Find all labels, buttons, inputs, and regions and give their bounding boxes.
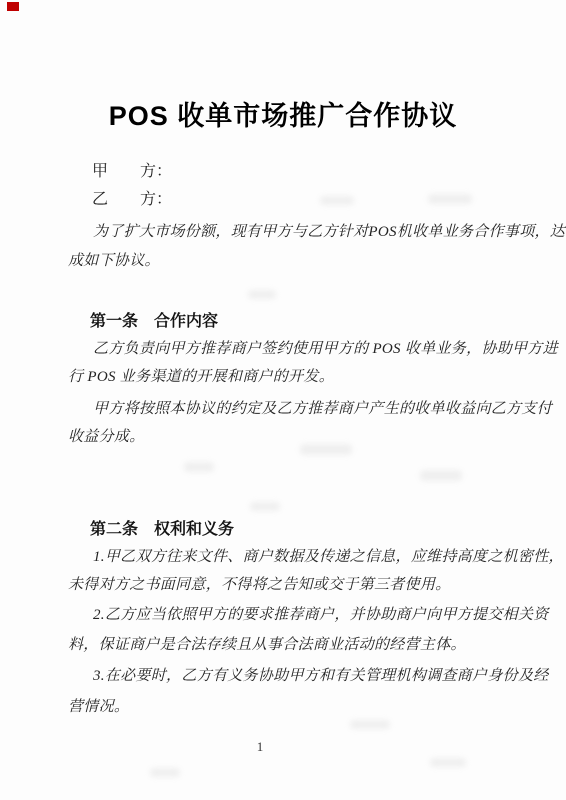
document-title: POS 收单市场推广合作协议 bbox=[0, 102, 566, 132]
page-number: 1 bbox=[250, 740, 270, 754]
scan-smudge bbox=[428, 194, 472, 204]
scan-smudge bbox=[430, 758, 466, 767]
scan-smudge bbox=[350, 720, 390, 729]
party-b-label: 乙 方： bbox=[92, 191, 172, 209]
article-2-item-3-line-2: 营情况。 bbox=[68, 699, 129, 716]
scan-smudge bbox=[250, 502, 280, 511]
article-2-item-2-line-2: 料，保证商户是合法存续且从事合法商业活动的经营主体。 bbox=[68, 637, 466, 654]
intro-paragraph-line-1: 为了扩大市场份额，现有甲方与乙方针对POS机收单业务合作事项，达 bbox=[93, 224, 565, 241]
article-1-heading: 第一条 合作内容 bbox=[90, 313, 218, 331]
scan-smudge bbox=[320, 196, 354, 205]
article-2-item-1-line-1: 1.甲乙双方往来文件、商户数据及传递之信息，应维持高度之机密性， bbox=[93, 549, 564, 566]
scan-smudge bbox=[184, 462, 214, 472]
article-2-item-1-line-2: 未得对方之书面同意，不得将之告知或交于第三者使用。 bbox=[68, 577, 451, 594]
document-page: POS 收单市场推广合作协议 甲 方： 乙 方： 为了扩大市场份额，现有甲方与乙… bbox=[0, 0, 566, 800]
article-2-heading: 第二条 权利和义务 bbox=[90, 521, 234, 539]
scan-smudge bbox=[420, 470, 462, 481]
article-1-para-1-line-2: 行 POS 业务渠道的开展和商户的开发。 bbox=[68, 369, 334, 386]
article-2-item-2-line-1: 2.乙方应当依照甲方的要求推荐商户，并协助商户向甲方提交相关资 bbox=[93, 607, 549, 624]
party-a-label: 甲 方： bbox=[92, 163, 172, 181]
article-2-item-3-line-1: 3.在必要时，乙方有义务协助甲方和有关管理机构调查商户身份及经 bbox=[93, 668, 549, 685]
scan-smudge bbox=[150, 768, 180, 777]
scan-smudge bbox=[300, 444, 352, 455]
article-1-para-2-line-1: 甲方将按照本协议的约定及乙方推荐商户产生的收单收益向乙方支付 bbox=[93, 401, 552, 418]
article-1-para-1-line-1: 乙方负责向甲方推荐商户签约使用甲方的 POS 收单业务，协助甲方进 bbox=[93, 341, 558, 358]
intro-paragraph-line-2: 成如下协议。 bbox=[68, 253, 160, 270]
scan-smudge bbox=[248, 290, 276, 299]
red-corner-mark bbox=[7, 2, 19, 11]
article-1-para-2-line-2: 收益分成。 bbox=[68, 429, 145, 446]
